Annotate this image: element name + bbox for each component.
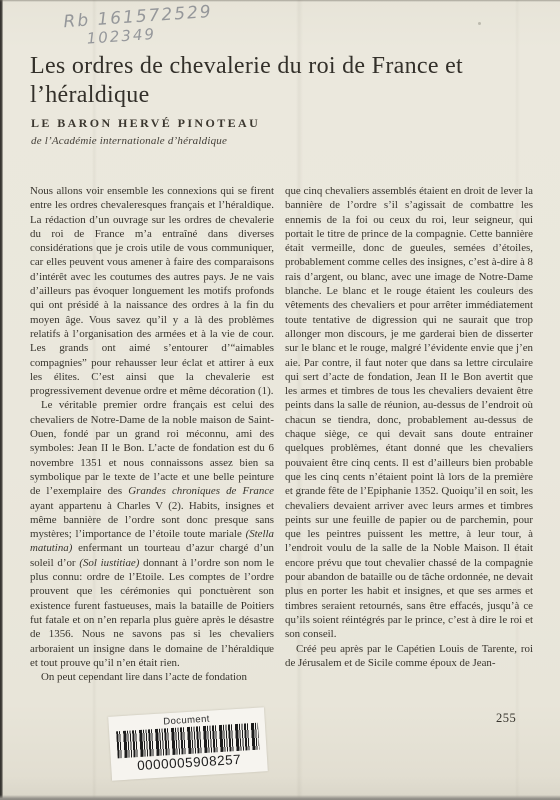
author-name: LE BARON HERVÉ PINOTEAU <box>31 116 260 131</box>
left-column: Nous allons voir ensemble les connexions… <box>30 184 274 684</box>
paragraph-1: Nous allons voir ensemble les connexions… <box>30 184 274 398</box>
article-title: Les ordres de chevalerie du roi de Franc… <box>30 52 535 110</box>
scan-edge-top <box>0 0 560 2</box>
paragraph-3: On peut cependant lire dans l’acte de fo… <box>30 670 274 684</box>
paper-speck <box>478 22 481 25</box>
library-barcode-label: Document 0000005908257 <box>108 707 268 780</box>
paper-speck <box>268 646 270 648</box>
paragraph-2-text: donnant à l’ordre son nom le plus connu:… <box>30 557 274 669</box>
scan-edge-bottom <box>0 795 560 800</box>
paragraph-5: Créé peu après par le Capétien Louis de … <box>285 642 533 671</box>
right-column: que cinq chevaliers assemblés étaient en… <box>285 184 533 670</box>
page-number: 255 <box>496 711 532 726</box>
scan-edge-left <box>0 0 3 800</box>
paragraph-4: que cinq chevaliers assemblés étaient en… <box>285 184 533 642</box>
italic-latin-phrase: (Sol iustitiae) <box>79 557 139 569</box>
paragraph-2-text: ayant appartenu à Charles V (2). Habits,… <box>30 500 274 541</box>
italic-book-title: Grandes chroniques de France <box>128 485 274 497</box>
author-affiliation: de l’Académie internationale d’héraldiqu… <box>31 135 227 147</box>
paragraph-2: Le véritable premier ordre français est … <box>30 398 274 670</box>
paragraph-2-text: Le véritable premier ordre français est … <box>30 399 274 497</box>
